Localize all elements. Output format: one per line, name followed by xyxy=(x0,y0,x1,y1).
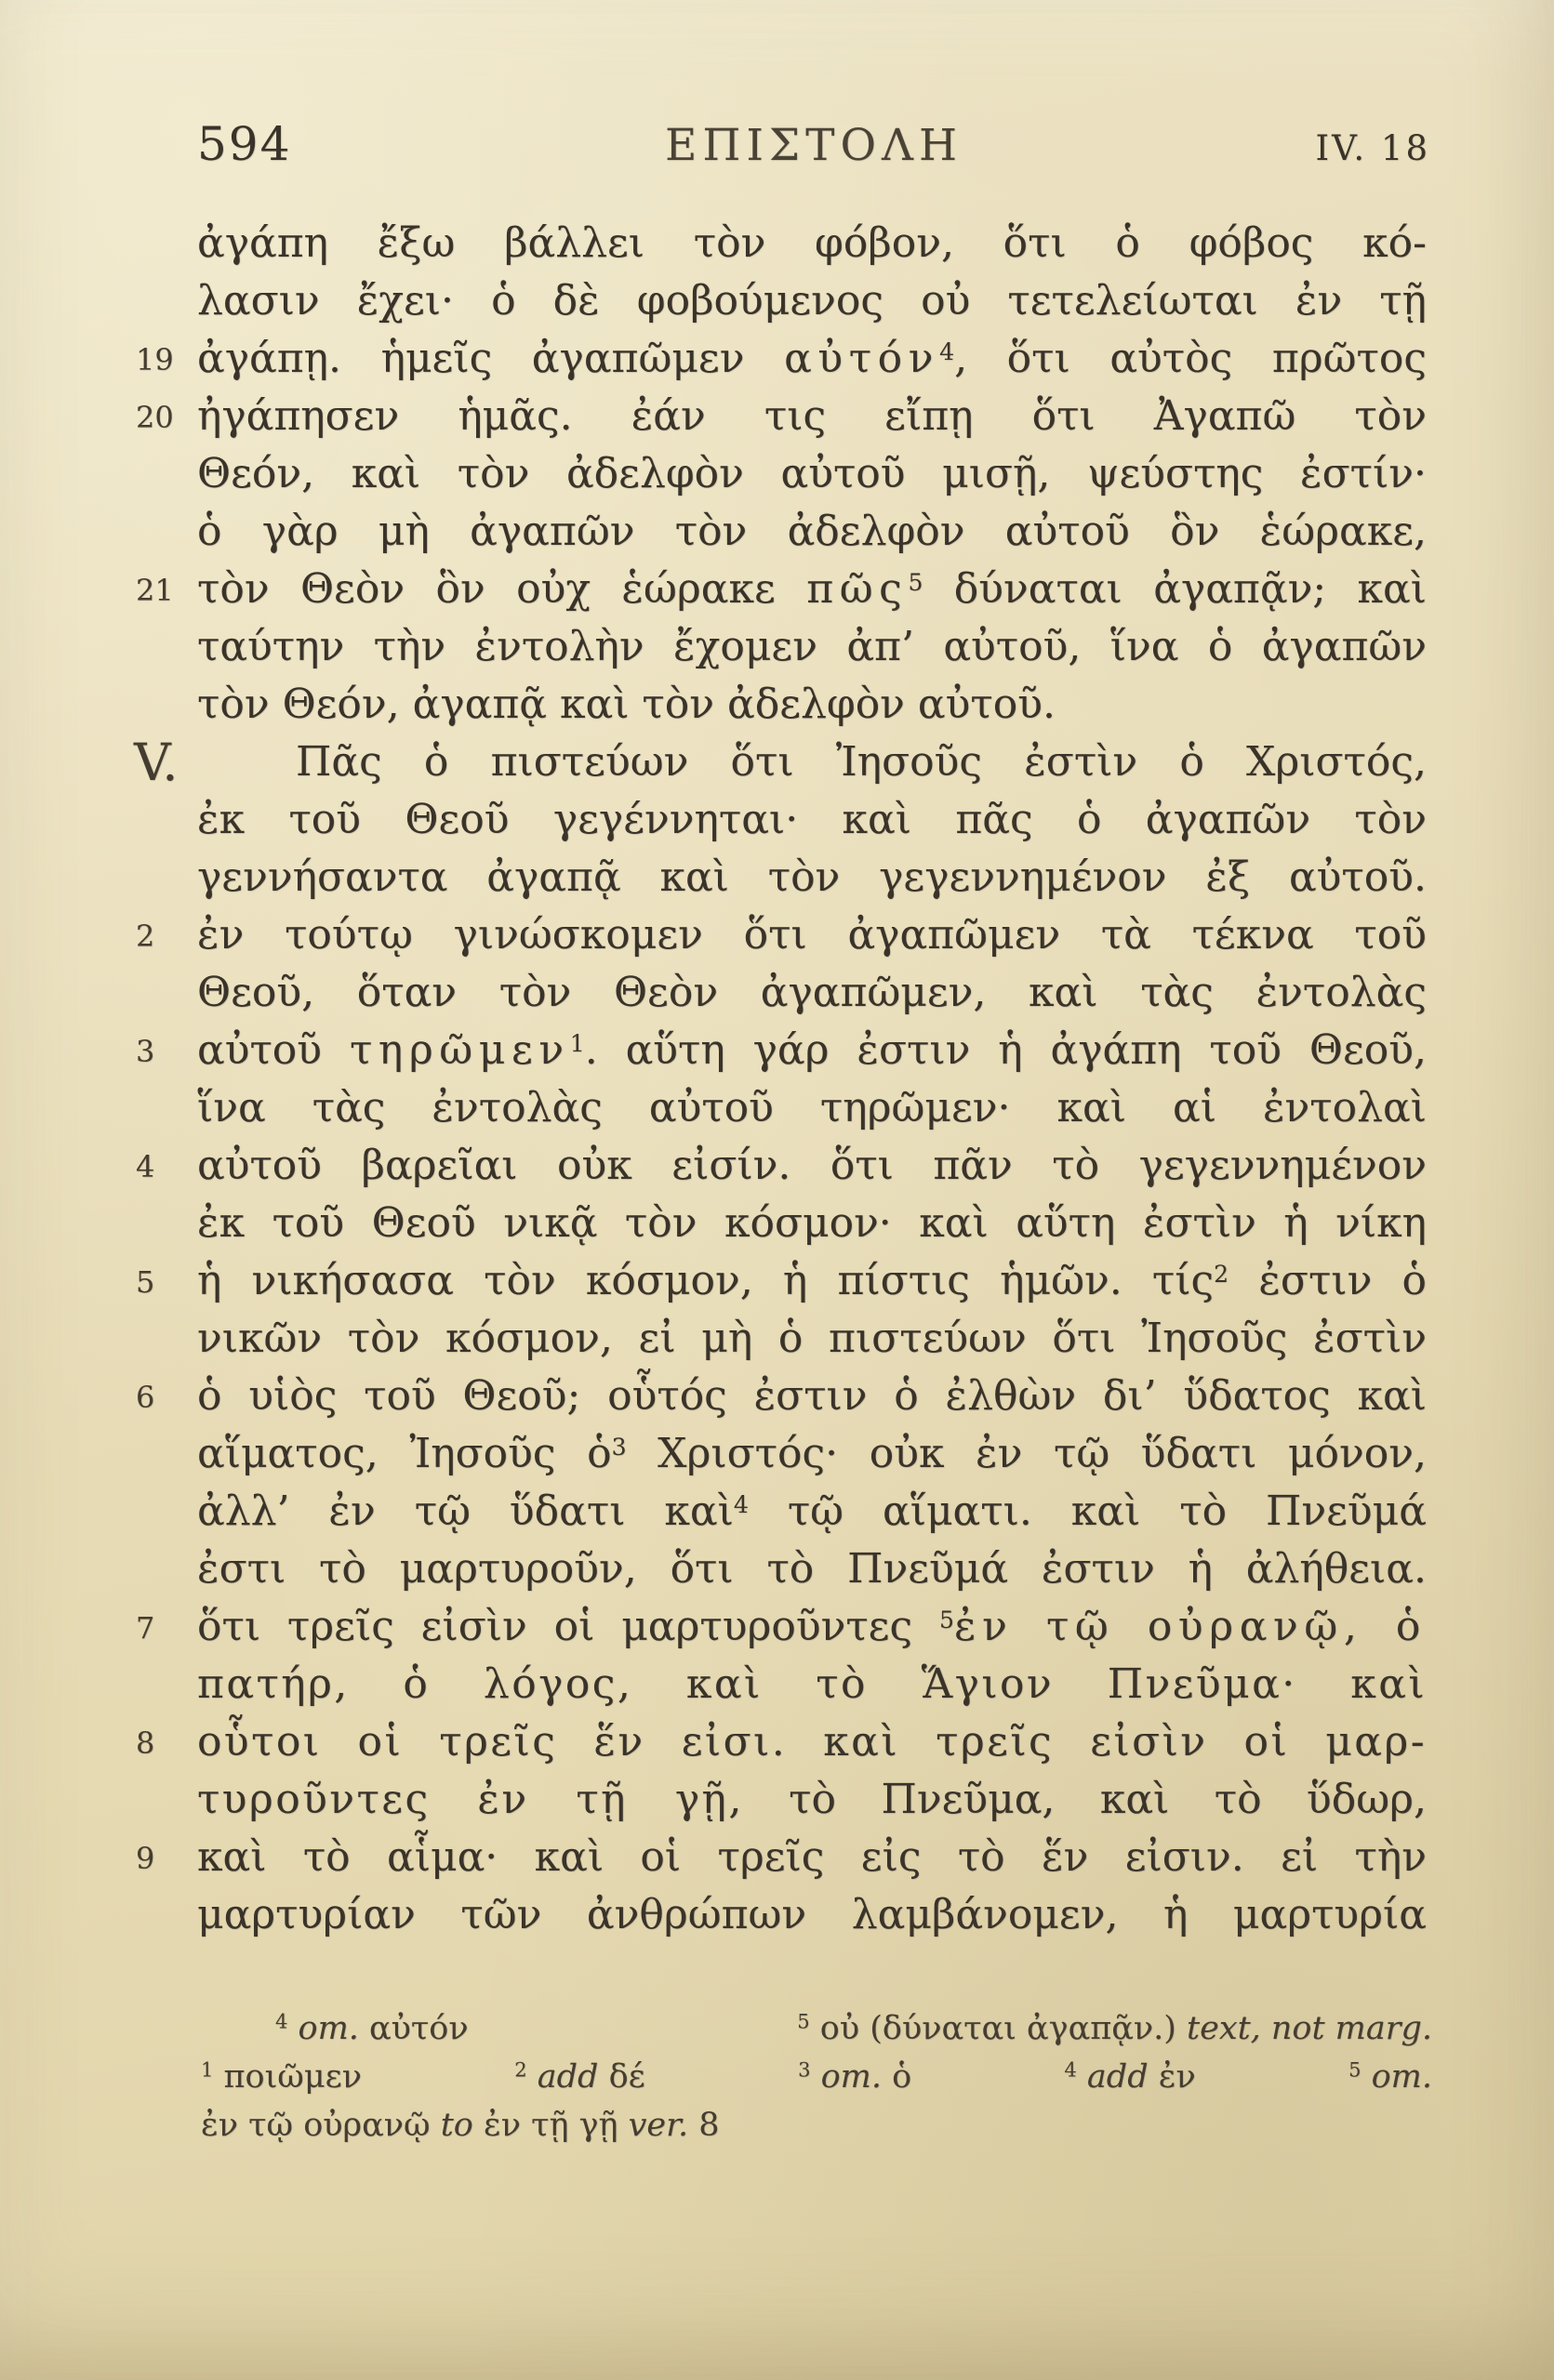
footnote-text: ἐν xyxy=(1149,2058,1196,2096)
text-line: ἐκ τοῦ Θεοῦ γεγέννηται· καὶ πᾶς ὁ ἀγαπῶν… xyxy=(197,791,1427,849)
text-segment: ἀγάπη ἔξω βάλλει τὸν φόβον, ὅτι ὁ φόβος … xyxy=(197,219,1427,267)
text-segment: οὗτοι οἱ τρεῖς ἕν εἰσι. καὶ τρεῖς εἰσὶν … xyxy=(197,1718,1427,1765)
footnote-number: 3 xyxy=(798,2058,810,2081)
footnote-number: 1 xyxy=(201,2058,213,2081)
footnote-number: 2 xyxy=(514,2058,526,2081)
text-segment: ἀλλ’ ἐν τῷ ὕδατι καὶ xyxy=(197,1487,734,1535)
footnote-row: ἐν τῷ οὐρανῷ to ἐν τῇ γῇ ver. 8 xyxy=(201,2101,1432,2149)
footnote-text: om. xyxy=(1361,2058,1432,2096)
text-segment: ὅτι τρεῖς εἰσὶν οἱ μαρτυροῦντες xyxy=(197,1603,939,1650)
text-line: 21τὸν Θεὸν ὃν οὐχ ἑώρακε πῶς5 δύναται ἀγ… xyxy=(197,561,1427,618)
footnote-entry: 5 om. xyxy=(1348,2053,1432,2101)
text-segment: τὸ Πνεῦμα, καὶ τὸ ὕδωρ, xyxy=(744,1776,1427,1823)
verse-number: 9 xyxy=(136,1829,188,1888)
text-segment: τηρῶμεν xyxy=(350,1026,570,1074)
footnote-number: 5 xyxy=(797,2010,809,2032)
footnote-text: om. xyxy=(287,2010,359,2047)
text-segment: ἠγάπησεν ἡμᾶς. ἐάν τις εἴπῃ ὅτι Ἀγαπῶ τὸ… xyxy=(197,392,1427,440)
text-line: ἀγάπη ἔξω βάλλει τὸν φόβον, ὅτι ὁ φόβος … xyxy=(197,215,1427,272)
footnote-marker: 3 xyxy=(612,1434,627,1461)
footnote-marker: 5 xyxy=(908,569,923,596)
footnote-marker: 4 xyxy=(734,1491,749,1518)
text-line: νικῶν τὸν κόσμον, εἰ μὴ ὁ πιστεύων ὅτι Ἰ… xyxy=(197,1310,1427,1368)
footnote-number: 5 xyxy=(1348,2058,1361,2081)
text-segment: Πᾶς ὁ πιστεύων ὅτι Ἰησοῦς ἐστὶν ὁ Χριστό… xyxy=(296,738,1427,786)
verse-number: 2 xyxy=(136,906,188,966)
verse-number: 7 xyxy=(136,1598,188,1658)
chapter-verse-reference: IV. 18 xyxy=(1316,128,1430,168)
greek-text-block: ἀγάπη ἔξω βάλλει τὸν φόβον, ὅτι ὁ φόβος … xyxy=(197,215,1427,1944)
text-line: Θεόν, καὶ τὸν ἀδελφὸν αὐτοῦ μισῇ, ψεύστη… xyxy=(197,445,1427,503)
text-line: ἀλλ’ ἐν τῷ ὕδατι καὶ4 τῷ αἵματι. καὶ τὸ … xyxy=(197,1483,1427,1540)
text-segment: ἡ νικήσασα τὸν κόσμον, ἡ πίστις ἡμῶν. τί… xyxy=(197,1257,1214,1304)
footnote-text: ἐν τῇ γῇ xyxy=(473,2107,629,2144)
footnote-entry: 4 om. αὐτόν xyxy=(275,2004,469,2053)
text-segment: ἐκ τοῦ Θεοῦ νικᾷ τὸν κόσμον· καὶ αὕτη ἐσ… xyxy=(197,1199,1427,1247)
text-segment: ἀγάπῃ. ἡμεῖς ἀγαπῶμεν xyxy=(197,335,784,382)
text-line: ταύτην τὴν ἐντολὴν ἔχομεν ἀπ’ αὐτοῦ, ἵνα… xyxy=(197,618,1427,676)
footnote-marker: 5 xyxy=(939,1606,954,1633)
verse-number: 3 xyxy=(136,1022,188,1081)
footnote-marker: 2 xyxy=(1214,1261,1229,1288)
footnote-row: 4 om. αὐτόν5 οὐ (δύναται ἀγαπᾷν.) text, … xyxy=(201,2004,1432,2053)
text-line: 19ἀγάπῃ. ἡμεῖς ἀγαπῶμεν αὐτόν4, ὅτι αὐτὸ… xyxy=(197,330,1427,388)
footnote-entry: 4 add ἐν xyxy=(1064,2053,1195,2101)
chapter-number: V. xyxy=(134,734,193,791)
text-segment: ἐκ τοῦ Θεοῦ γεγέννηται· καὶ πᾶς ὁ ἀγαπῶν… xyxy=(197,796,1427,843)
text-segment: τὸν Θεὸν ὃν οὐχ ἑώρακε xyxy=(197,565,806,613)
text-segment: ἐστι τὸ μαρτυροῦν, ὅτι τὸ Πνεῦμά ἐστιν ἡ… xyxy=(197,1545,1427,1593)
footnote-text: 8 xyxy=(688,2107,719,2144)
text-segment: αὐτοῦ βαρεῖαι οὐκ εἰσίν. ὅτι πᾶν τὸ γεγε… xyxy=(197,1142,1427,1189)
text-segment: τὸν Θεόν, ἀγαπᾷ καὶ τὸν ἀδελφὸν αὐτοῦ. xyxy=(197,681,1056,728)
footnote-entry: 1 ποιῶμεν xyxy=(201,2053,362,2101)
text-line: πατήρ, ὁ λόγος, καὶ τὸ Ἅγιον Πνεῦμα· καὶ xyxy=(197,1656,1427,1713)
verse-number: 8 xyxy=(136,1713,188,1773)
text-segment: . αὕτη γάρ ἐστιν ἡ ἀγάπη τοῦ Θεοῦ, xyxy=(585,1026,1427,1074)
text-line: γεννήσαντα ἀγαπᾷ καὶ τὸν γεγεννημένον ἐξ… xyxy=(197,849,1427,906)
text-line: ἵνα τὰς ἐντολὰς αὐτοῦ τηρῶμεν· καὶ αἱ ἐν… xyxy=(197,1079,1427,1137)
footnote-text: δέ xyxy=(598,2058,644,2096)
text-segment: γεννήσαντα ἀγαπᾷ καὶ τὸν γεγεννημένον ἐξ… xyxy=(197,853,1427,901)
text-line: Θεοῦ, ὅταν τὸν Θεὸν ἀγαπῶμεν, καὶ τὰς ἐν… xyxy=(197,964,1427,1022)
text-segment: πατήρ, ὁ λόγος, καὶ τὸ Ἅγιον Πνεῦμα· καὶ xyxy=(197,1660,1427,1708)
footnote-entry: ἐν τῷ οὐρανῷ to ἐν τῇ γῇ ver. 8 xyxy=(201,2107,720,2144)
verse-number: 6 xyxy=(136,1368,188,1427)
footnote-text: add xyxy=(527,2058,599,2096)
text-segment: Θεοῦ, ὅταν τὸν Θεὸν ἀγαπῶμεν, καὶ τὰς ἐν… xyxy=(197,969,1427,1016)
text-segment: ὁ γὰρ μὴ ἀγαπῶν τὸν ἀδελφὸν αὐτοῦ ὃν ἑώρ… xyxy=(197,508,1427,555)
text-line: 20ἠγάπησεν ἡμᾶς. ἐάν τις εἴπῃ ὅτι Ἀγαπῶ … xyxy=(197,388,1427,445)
text-segment: πῶς xyxy=(806,565,908,613)
footnote-number: 4 xyxy=(275,2010,287,2032)
verse-number: 20 xyxy=(136,388,188,447)
text-segment: ἵνα τὰς ἐντολὰς αὐτοῦ τηρῶμεν· καὶ αἱ ἐν… xyxy=(197,1084,1427,1131)
book-page-scan: 594 ΕΠΙΣΤΟΛΗ IV. 18 ἀγάπη ἔξω βάλλει τὸν… xyxy=(0,0,1554,2380)
text-segment: ἐν τῷ οὐρανῷ, ὁ xyxy=(954,1603,1427,1650)
running-header: 594 ΕΠΙΣΤΟΛΗ IV. 18 xyxy=(197,117,1430,171)
text-segment: δύναται ἀγαπᾷν; καὶ xyxy=(923,565,1427,613)
text-segment: αὐτοῦ xyxy=(197,1026,350,1074)
footnote-text: text, not marg. xyxy=(1187,2010,1432,2047)
text-segment: τῷ αἵματι. καὶ τὸ Πνεῦμά xyxy=(749,1487,1427,1535)
text-line: 5ἡ νικήσασα τὸν κόσμον, ἡ πίστις ἡμῶν. τ… xyxy=(197,1252,1427,1310)
footnote-text: αὐτόν xyxy=(359,2010,469,2047)
verse-number: 21 xyxy=(136,561,188,620)
footnote-entry: 2 add δέ xyxy=(514,2053,645,2101)
chapter-start-line: V.Πᾶς ὁ πιστεύων ὅτι Ἰησοῦς ἐστὶν ὁ Χρισ… xyxy=(197,734,1427,791)
text-segment: τυροῦντες ἐν τῇ γῇ, xyxy=(197,1776,744,1823)
text-segment: μαρτυρίαν τῶν ἀνθρώπων λαμβάνομεν, ἡ μαρ… xyxy=(197,1891,1427,1938)
page-number: 594 xyxy=(197,117,291,171)
footnote-text: om. xyxy=(810,2058,882,2096)
footnote-entry: 5 οὐ (δύναται ἀγαπᾷν.) text, not marg. xyxy=(797,2004,1432,2053)
footnote-entry: 3 om. ὁ xyxy=(798,2053,911,2101)
footnote-text: add xyxy=(1077,2058,1149,2096)
text-segment: ἐστιν ὁ xyxy=(1229,1257,1427,1304)
text-segment: , ὅτι αὐτὸς πρῶτος xyxy=(954,335,1427,382)
verse-number: 4 xyxy=(136,1137,188,1197)
footnote-text: ποιῶμεν xyxy=(213,2058,362,2096)
text-segment: ἐν τούτῳ γινώσκομεν ὅτι ἀγαπῶμεν τὰ τέκν… xyxy=(197,911,1427,959)
text-line: 9καὶ τὸ αἷμα· καὶ οἱ τρεῖς εἰς τὸ ἕν εἰσ… xyxy=(197,1829,1427,1886)
text-line: 6ὁ υἱὸς τοῦ Θεοῦ; οὗτός ἐστιν ὁ ἐλθὼν δι… xyxy=(197,1368,1427,1425)
text-line: 2ἐν τούτῳ γινώσκομεν ὅτι ἀγαπῶμεν τὰ τέκ… xyxy=(197,906,1427,964)
text-line: ἐκ τοῦ Θεοῦ νικᾷ τὸν κόσμον· καὶ αὕτη ἐσ… xyxy=(197,1195,1427,1252)
footnote-number: 4 xyxy=(1064,2058,1076,2081)
verse-number: 5 xyxy=(136,1252,188,1312)
text-line: μαρτυρίαν τῶν ἀνθρώπων λαμβάνομεν, ἡ μαρ… xyxy=(197,1886,1427,1944)
text-segment: αὐτόν xyxy=(784,335,939,382)
text-segment: νικῶν τὸν κόσμον, εἰ μὴ ὁ πιστεύων ὅτι Ἰ… xyxy=(197,1315,1427,1362)
text-segment: ταύτην τὴν ἐντολὴν ἔχομεν ἀπ’ αὐτοῦ, ἵνα… xyxy=(197,623,1427,670)
text-line: τυροῦντες ἐν τῇ γῇ, τὸ Πνεῦμα, καὶ τὸ ὕδ… xyxy=(197,1771,1427,1829)
footnote-row: 1 ποιῶμεν2 add δέ3 om. ὁ4 add ἐν5 om. xyxy=(201,2053,1432,2101)
footnote-marker: 1 xyxy=(570,1030,585,1057)
text-line: ὁ γὰρ μὴ ἀγαπῶν τὸν ἀδελφὸν αὐτοῦ ὃν ἑώρ… xyxy=(197,503,1427,561)
footnote-marker: 4 xyxy=(939,338,954,365)
text-segment: Χριστός· οὐκ ἐν τῷ ὕδατι μόνον, xyxy=(627,1430,1427,1477)
footnote-text: ὁ xyxy=(882,2058,911,2096)
text-line: 7ὅτι τρεῖς εἰσὶν οἱ μαρτυροῦντες 5ἐν τῷ … xyxy=(197,1598,1427,1656)
verse-number: 19 xyxy=(136,330,188,390)
text-line: 3αὐτοῦ τηρῶμεν1. αὕτη γάρ ἐστιν ἡ ἀγάπη … xyxy=(197,1022,1427,1079)
text-segment: λασιν ἔχει· ὁ δὲ φοβούμενος οὐ τετελείωτ… xyxy=(197,277,1427,324)
text-line: αἵματος, Ἰησοῦς ὁ3 Χριστός· οὐκ ἐν τῷ ὕδ… xyxy=(197,1425,1427,1483)
text-line: τὸν Θεόν, ἀγαπᾷ καὶ τὸν ἀδελφὸν αὐτοῦ. xyxy=(197,676,1427,734)
footnote-text: ver. xyxy=(629,2107,689,2144)
text-line: λασιν ἔχει· ὁ δὲ φοβούμενος οὐ τετελείωτ… xyxy=(197,272,1427,330)
text-segment: Θεόν, καὶ τὸν ἀδελφὸν αὐτοῦ μισῇ, ψεύστη… xyxy=(197,450,1427,497)
footnote-text: ἐν τῷ οὐρανῷ xyxy=(201,2107,441,2144)
text-line: 4αὐτοῦ βαρεῖαι οὐκ εἰσίν. ὅτι πᾶν τὸ γεγ… xyxy=(197,1137,1427,1195)
text-segment: ὁ υἱὸς τοῦ Θεοῦ; οὗτός ἐστιν ὁ ἐλθὼν δι’… xyxy=(197,1372,1427,1420)
running-title: ΕΠΙΣΤΟΛΗ xyxy=(665,120,963,171)
critical-apparatus: 4 om. αὐτόν5 οὐ (δύναται ἀγαπᾷν.) text, … xyxy=(201,2004,1432,2149)
text-segment: αἵματος, Ἰησοῦς ὁ xyxy=(197,1430,612,1477)
text-line: ἐστι τὸ μαρτυροῦν, ὅτι τὸ Πνεῦμά ἐστιν ἡ… xyxy=(197,1540,1427,1598)
footnote-text: to xyxy=(441,2107,473,2144)
text-segment: καὶ τὸ αἷμα· καὶ οἱ τρεῖς εἰς τὸ ἕν εἰσι… xyxy=(197,1833,1427,1881)
text-line: 8οὗτοι οἱ τρεῖς ἕν εἰσι. καὶ τρεῖς εἰσὶν… xyxy=(197,1713,1427,1771)
footnote-text: οὐ (δύναται ἀγαπᾷν.) xyxy=(810,2010,1187,2047)
